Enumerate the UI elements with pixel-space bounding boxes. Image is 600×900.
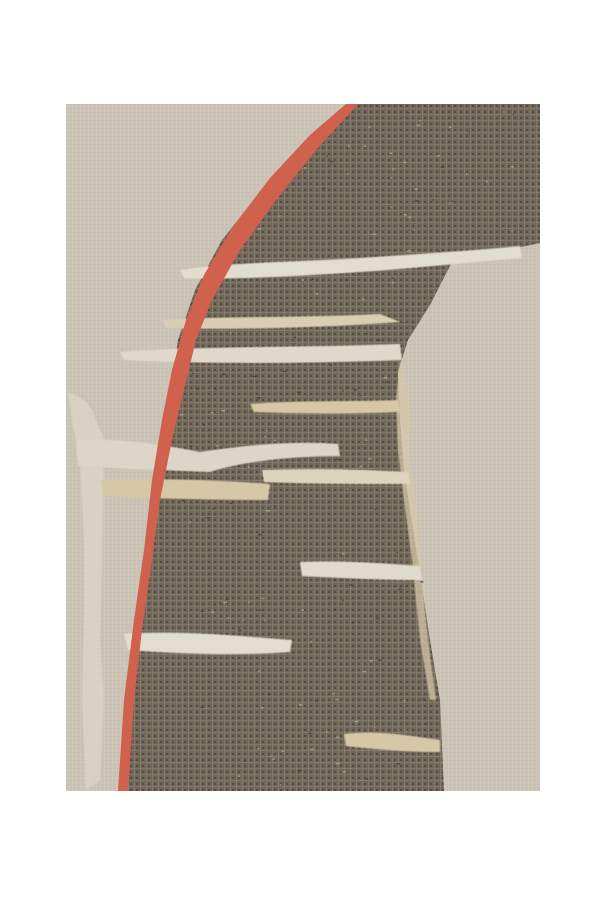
rug-weave-speck <box>200 707 203 709</box>
rug-weave-speck <box>238 630 241 632</box>
rug-weave-speck <box>310 641 312 643</box>
rug-weave-speck <box>342 553 345 555</box>
rug-weave-speck <box>335 699 338 701</box>
rug-weave-speck <box>283 371 287 373</box>
rug-weave-speck <box>434 696 437 698</box>
rug-weave-speck <box>192 373 194 375</box>
rug-weave-speck <box>366 333 368 335</box>
rug-weave-speck <box>359 466 362 468</box>
rug-weave-speck <box>190 445 192 447</box>
rug-weave-speck <box>221 410 225 412</box>
rug-weave-speck <box>429 218 430 220</box>
rug-weave-speck <box>363 298 365 300</box>
rug-weave-speck <box>310 644 312 646</box>
rug-weave-speck <box>223 602 227 604</box>
rug-weave-speck <box>274 440 276 442</box>
rug-weave-speck <box>243 619 244 621</box>
rug-weave-speck <box>449 202 451 204</box>
rug-weave-speck <box>364 146 366 148</box>
rug-weave-speck <box>203 424 205 426</box>
rug-weave-speck <box>415 189 418 191</box>
rug-weave-speck <box>336 763 340 765</box>
rug-weave-speck <box>343 771 347 773</box>
rug-weave-speck <box>182 500 185 502</box>
rug-weave-speck <box>216 445 218 447</box>
rug-weave-speck <box>349 584 352 586</box>
rug-weave-speck <box>215 389 217 391</box>
rug-weave-speck <box>397 763 400 765</box>
rug-weave-speck <box>258 671 260 673</box>
rug-weave-speck <box>407 250 411 252</box>
rug-weave-speck <box>369 126 371 128</box>
rug-weave-speck <box>258 534 262 536</box>
rug-weave-speck <box>363 671 367 673</box>
rug-weave-speck <box>302 610 304 612</box>
rug-weave-speck <box>389 153 392 155</box>
rug-weave-speck <box>452 201 453 203</box>
rug-weave-speck <box>228 617 230 619</box>
rug-weave-speck <box>315 293 318 295</box>
rug-weave-speck <box>336 737 339 739</box>
rug-weave-speck <box>264 436 265 438</box>
rug-weave-speck <box>282 751 285 753</box>
rug-illustration <box>0 0 600 900</box>
rug-weave-speck <box>486 181 488 183</box>
rug-weave-speck <box>398 588 401 590</box>
rug-weave-speck <box>404 214 407 216</box>
rug-weave-speck <box>308 733 311 735</box>
rug-weave-speck <box>207 517 211 519</box>
rug-weave-speck <box>323 188 326 190</box>
rug-weave-speck <box>293 337 296 339</box>
rug-weave-speck <box>406 730 407 732</box>
rug-weave-speck <box>298 770 301 772</box>
rug-weave-speck <box>264 619 265 621</box>
rug-weave-speck <box>271 756 272 758</box>
rug-weave-speck <box>268 693 270 695</box>
rug-weave-speck <box>230 502 233 504</box>
rug-weave-speck <box>297 392 301 394</box>
rug-weave-speck <box>262 598 265 600</box>
rug-weave-speck <box>253 376 256 378</box>
rug-weave-speck <box>259 610 261 612</box>
rug-weave-speck <box>347 173 348 175</box>
rug-weave-speck <box>346 387 348 389</box>
rug-weave-speck <box>326 731 328 733</box>
rug-weave-speck <box>212 508 214 510</box>
product-photo <box>0 0 600 900</box>
rug-weave-speck <box>279 215 280 217</box>
rug-weave-speck <box>352 622 355 624</box>
rug-weave-speck <box>257 748 259 750</box>
rug-weave-speck <box>417 124 421 126</box>
rug-weave-speck <box>420 120 421 122</box>
rug-weave-speck <box>397 552 399 554</box>
rug-weave-speck <box>190 521 191 523</box>
rug-weave-speck <box>423 699 425 701</box>
rug-weave-speck <box>437 155 439 157</box>
rug-weave-speck <box>266 510 270 512</box>
rug-weave-speck <box>415 200 419 202</box>
rug-weave-speck <box>249 602 250 604</box>
rug-weave-speck <box>226 599 229 601</box>
rug-weave-speck <box>374 255 377 257</box>
rug-weave-speck <box>385 381 388 383</box>
rug-weave-speck <box>409 217 412 219</box>
rug-weave-speck <box>312 279 314 281</box>
rug-weave-speck <box>303 279 305 281</box>
rug-weave-speck <box>258 228 261 230</box>
rug-weave-speck <box>392 282 394 284</box>
rug-weave-speck <box>365 778 368 780</box>
rug-weave-speck <box>449 127 451 129</box>
rug-weave-speck <box>196 388 199 390</box>
rug-weave-speck <box>310 749 313 751</box>
rug-weave-speck <box>345 279 347 281</box>
rug-weave-speck <box>380 387 382 389</box>
rug-weave-speck <box>503 111 505 113</box>
rug-weave-speck <box>261 707 263 709</box>
rug-weave-speck <box>201 611 203 613</box>
rug-weave-speck <box>374 727 375 729</box>
rug-streak <box>100 479 270 500</box>
rug-weave-speck <box>336 459 340 461</box>
rug-weave-speck <box>213 604 215 606</box>
rug-weave-speck <box>315 700 318 702</box>
rug-weave-speck <box>211 412 213 414</box>
rug-weave-speck <box>211 611 214 613</box>
rug-weave-speck <box>299 704 302 706</box>
rug-weave-speck <box>222 373 226 375</box>
rug-weave-speck <box>511 166 514 168</box>
rug-weave-speck <box>377 340 381 342</box>
rug-weave-speck <box>412 587 413 589</box>
rug-weave-speck <box>384 377 388 379</box>
rug-weave-speck <box>373 234 377 236</box>
rug-weave-speck <box>244 760 246 762</box>
rug-weave-speck <box>230 332 231 334</box>
rug-weave-speck <box>326 155 327 157</box>
rug-weave-speck <box>378 660 382 662</box>
rug-weave-speck <box>370 660 373 662</box>
rug-weave-speck <box>466 173 467 175</box>
rug-weave-speck <box>304 167 306 169</box>
rug-weave-speck <box>257 397 261 399</box>
rug-weave-speck <box>511 230 512 232</box>
rug-weave-speck <box>329 365 332 367</box>
rug-weave-speck <box>330 161 334 163</box>
rug-weave-speck <box>391 206 392 208</box>
rug-weave-speck <box>420 581 423 583</box>
rug-weave-speck <box>513 114 514 116</box>
rug-weave-speck <box>375 508 377 510</box>
rug-weave-speck <box>368 458 371 460</box>
rug-weave-speck <box>342 599 344 601</box>
rug-streak <box>262 469 410 484</box>
rug-weave-speck <box>376 618 380 620</box>
rug-weave-speck <box>272 758 274 760</box>
rug-weave-speck <box>280 784 281 786</box>
rug-weave-speck <box>266 430 267 432</box>
rug-weave-speck <box>334 609 336 611</box>
rug-weave-speck <box>433 199 435 201</box>
rug-weave-speck <box>425 723 428 725</box>
rug-weave-speck <box>348 145 350 147</box>
rug-weave-speck <box>439 251 441 253</box>
rug-weave-speck <box>392 277 394 279</box>
rug-weave-speck <box>392 168 394 170</box>
rug-weave-speck <box>343 390 344 392</box>
rug-weave-speck <box>333 693 335 695</box>
rug-weave-speck <box>408 112 410 114</box>
rug-weave-speck <box>353 389 356 391</box>
rug-weave-speck <box>180 414 183 416</box>
rug-weave-speck <box>355 721 359 723</box>
rug-weave-speck <box>404 700 406 702</box>
rug-weave-speck <box>360 395 361 397</box>
rug-weave-speck <box>391 177 392 179</box>
rug-weave-speck <box>238 775 240 777</box>
rug-weave-speck <box>222 330 223 332</box>
rug-weave-speck <box>347 489 348 491</box>
rug-weave-speck <box>404 162 407 164</box>
rug-weave-speck <box>414 229 415 231</box>
rug-weave-speck <box>248 466 250 468</box>
rug-weave-speck <box>274 505 275 507</box>
rug-weave-speck <box>440 166 444 168</box>
rug-weave-speck <box>243 315 244 317</box>
rug-weave-speck <box>365 439 367 441</box>
rug-weave-speck <box>469 131 470 133</box>
